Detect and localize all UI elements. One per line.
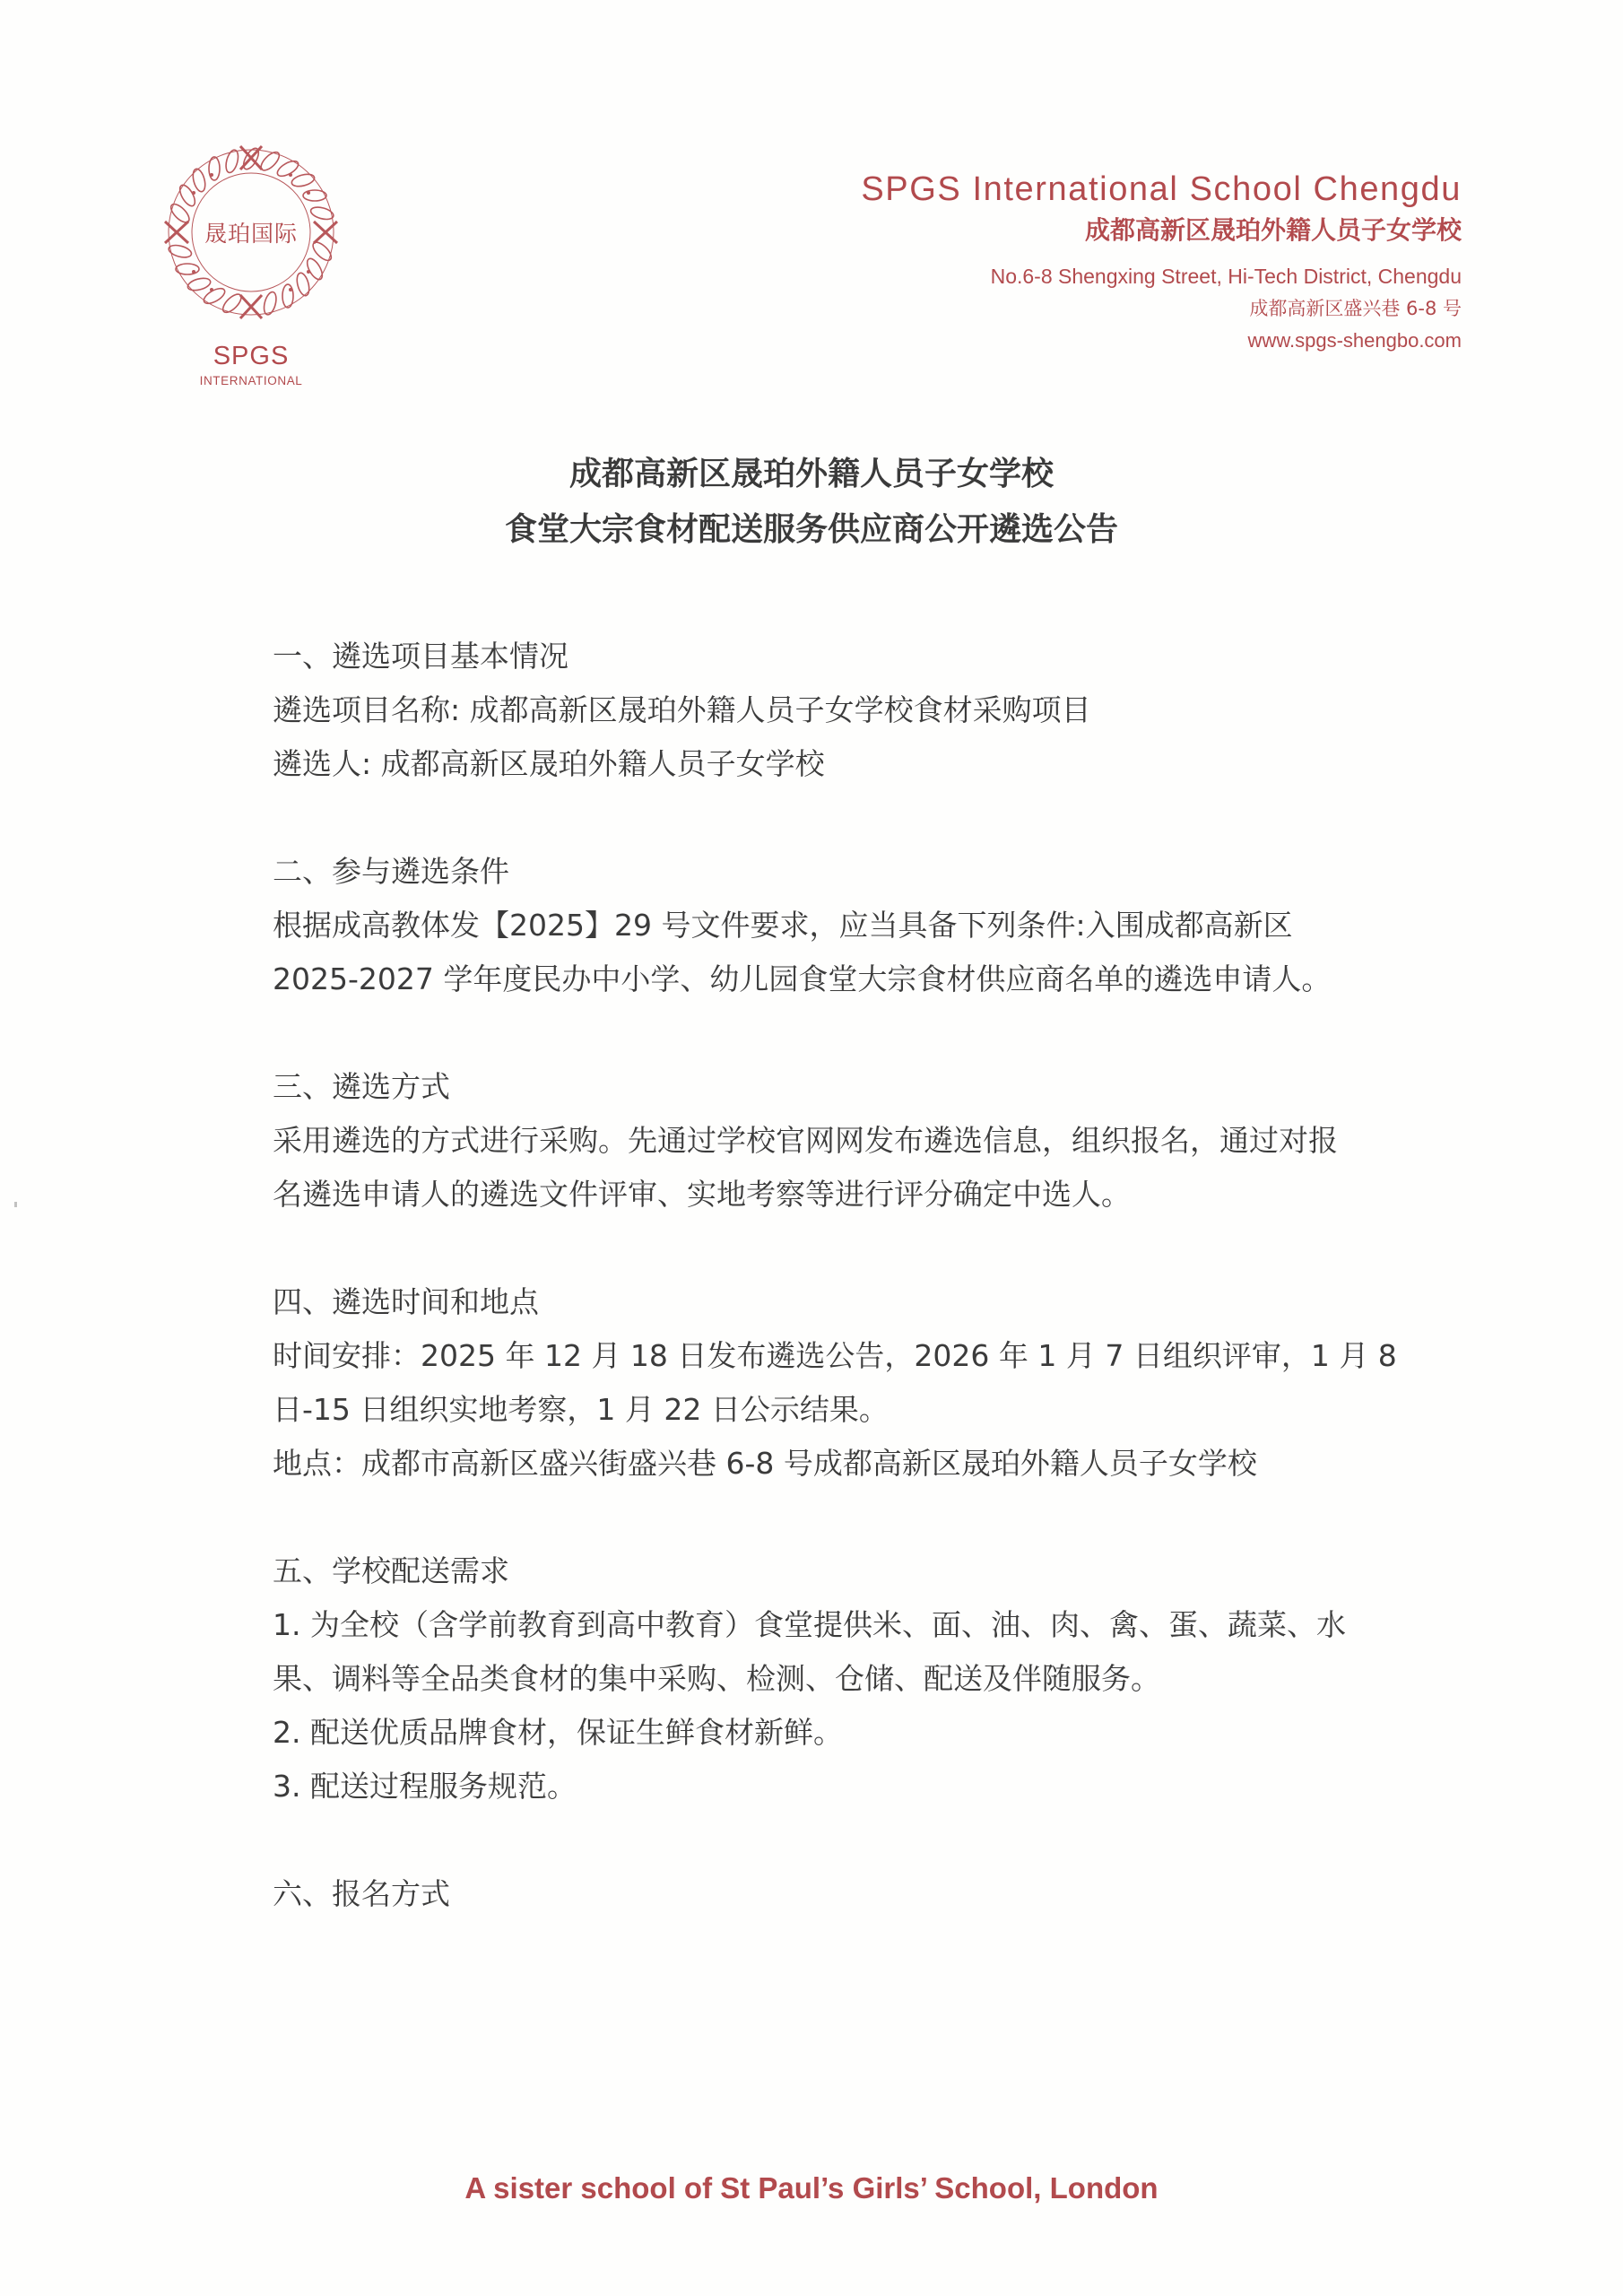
logo-subtitle: INTERNATIONAL: [152, 374, 350, 387]
section-heading: 六、报名方式: [273, 1867, 1465, 1921]
section-delivery-requirements: 五、学校配送需求 1. 为全校（含学前教育到高中教育）食堂提供米、面、油、肉、禽…: [273, 1544, 1465, 1813]
address-en: No.6-8 Shengxing Street, Hi-Tech Distric…: [861, 262, 1462, 291]
section-heading: 五、学校配送需求: [273, 1544, 1465, 1598]
letterhead-info: SPGS International School Chengdu 成都高新区晟…: [861, 169, 1462, 355]
paragraph-line: 遴选人: 成都高新区晟珀外籍人员子女学校: [273, 737, 1465, 791]
paragraph-line: 1. 为全校（含学前教育到高中教育）食堂提供米、面、油、肉、禽、蛋、蔬菜、水: [273, 1598, 1465, 1652]
paragraph-line: 地点：成都市高新区盛兴街盛兴巷 6-8 号成都高新区晟珀外籍人员子女学校: [273, 1437, 1465, 1491]
address-cn: 成都高新区盛兴巷 6-8 号: [861, 294, 1462, 323]
paragraph-line: 名遴选申请人的遴选文件评审、实地考察等进行评分确定中选人。: [273, 1168, 1465, 1222]
paragraph-line: 2. 配送优质品牌食材，保证生鲜食材新鲜。: [273, 1706, 1465, 1760]
school-name-cn: 成都高新区晟珀外籍人员子女学校: [861, 212, 1462, 249]
section-method: 三、遴选方式 采用遴选的方式进行采购。先通过学校官网网发布遴选信息，组织报名，通…: [273, 1060, 1465, 1222]
section-heading: 三、遴选方式: [273, 1060, 1465, 1114]
scan-artifact: [14, 1202, 17, 1207]
document-title: 成都高新区晟珀外籍人员子女学校 食堂大宗食材配送服务供应商公开遴选公告: [0, 447, 1623, 558]
title-line-1: 成都高新区晟珀外籍人员子女学校: [0, 447, 1623, 502]
paragraph-line: 时间安排：2025 年 12 月 18 日发布遴选公告，2026 年 1 月 7…: [273, 1329, 1465, 1383]
paragraph-line: 果、调料等全品类食材的集中采购、检测、仓储、配送及伴随服务。: [273, 1652, 1465, 1706]
section-time-location: 四、遴选时间和地点 时间安排：2025 年 12 月 18 日发布遴选公告，20…: [273, 1275, 1465, 1491]
paragraph-line: 遴选项目名称: 成都高新区晟珀外籍人员子女学校食材采购项目: [273, 683, 1465, 737]
section-heading: 一、遴选项目基本情况: [273, 630, 1465, 683]
section-basic-info: 一、遴选项目基本情况 遴选项目名称: 成都高新区晟珀外籍人员子女学校食材采购项目…: [273, 630, 1465, 791]
paragraph-line: 2025-2027 学年度民办中小学、幼儿园食堂大宗食材供应商名单的遴选申请人。: [273, 952, 1465, 1006]
section-heading: 四、遴选时间和地点: [273, 1275, 1465, 1329]
footer-tagline: A sister school of St Paul’s Girls’ Scho…: [0, 2170, 1623, 2206]
paragraph-line: 3. 配送过程服务规范。: [273, 1760, 1465, 1813]
website-link[interactable]: www.spgs-shengbo.com: [861, 326, 1462, 355]
paragraph-line: 根据成高教体发【2025】29 号文件要求，应当具备下列条件:入围成都高新区: [273, 899, 1465, 952]
school-name-en: SPGS International School Chengdu: [861, 169, 1462, 210]
section-heading: 二、参与遴选条件: [273, 845, 1465, 899]
title-line-2: 食堂大宗食材配送服务供应商公开遴选公告: [0, 502, 1623, 558]
paragraph-line: 日-15 日组织实地考察，1 月 22 日公示结果。: [273, 1383, 1465, 1437]
logo-cn-text: 晟珀国际: [152, 216, 350, 248]
school-logo: 晟珀国际 SPGS INTERNATIONAL: [152, 139, 350, 390]
section-registration: 六、报名方式: [273, 1867, 1465, 1921]
document-page: 晟珀国际 SPGS INTERNATIONAL SPGS Internation…: [0, 0, 1623, 2296]
section-conditions: 二、参与遴选条件 根据成高教体发【2025】29 号文件要求，应当具备下列条件:…: [273, 845, 1465, 1006]
document-body: 一、遴选项目基本情况 遴选项目名称: 成都高新区晟珀外籍人员子女学校食材采购项目…: [273, 630, 1465, 1975]
logo-name: SPGS: [152, 342, 350, 371]
paragraph-line: 采用遴选的方式进行采购。先通过学校官网网发布遴选信息，组织报名，通过对报: [273, 1114, 1465, 1168]
